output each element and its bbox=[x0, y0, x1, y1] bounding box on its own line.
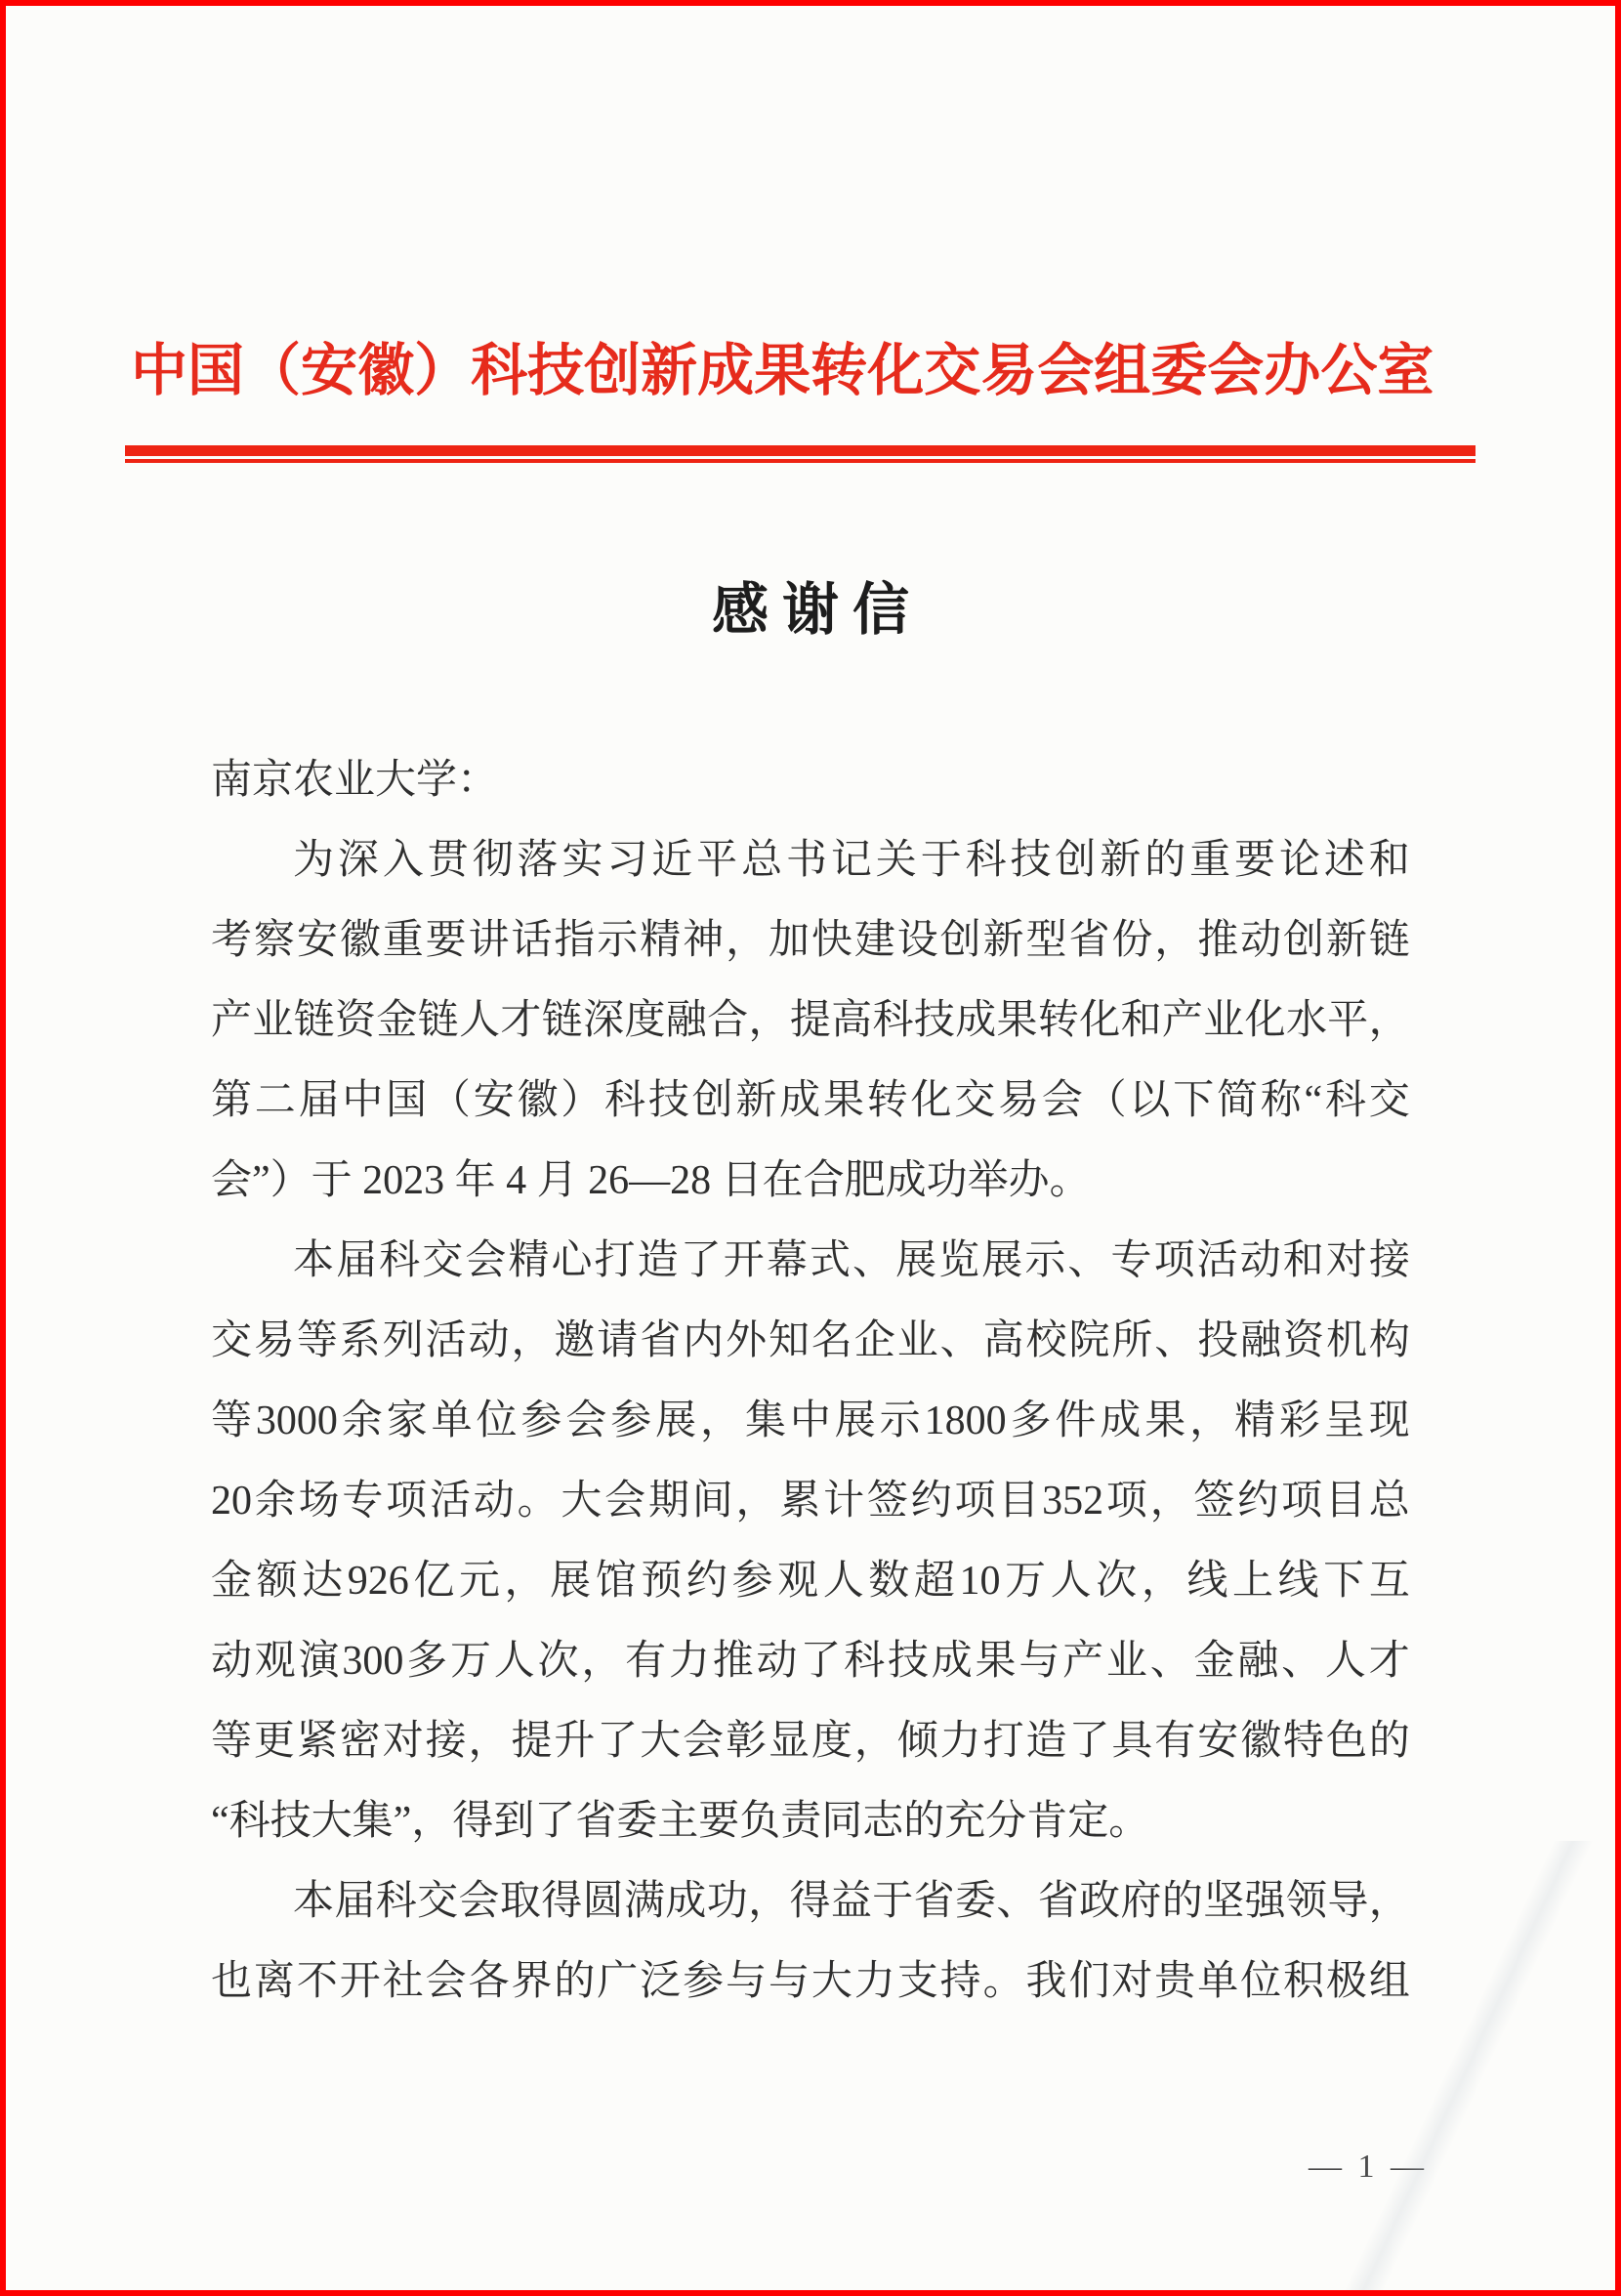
body-line: 等更紧密对接，提升了大会彰显度，倾力打造了具有安徽特色的 bbox=[211, 1701, 1410, 1781]
body-line: 等3000余家单位参会参展，集中展示1800多件成果，精彩呈现 bbox=[211, 1381, 1410, 1461]
body-line: 也离不开社会各界的广泛参与与大力支持。我们对贵单位积极组 bbox=[211, 1941, 1410, 2022]
body-line: 交易等系列活动，邀请省内外知名企业、高校院所、投融资机构 bbox=[211, 1301, 1410, 1381]
body-line: 考察安徽重要讲话指示精神，加快建设创新型省份，推动创新链 bbox=[211, 900, 1410, 981]
letter-body: 南京农业大学： 为深入贯彻落实习近平总书记关于科技创新的重要论述和 考察安徽重要… bbox=[211, 740, 1410, 2022]
letter-title: 感谢信 bbox=[6, 578, 1615, 643]
body-line: 金额达926亿元，展馆预约参观人数超10万人次，线上线下互 bbox=[211, 1541, 1410, 1621]
body-line: 动观演300多万人次，有力推动了科技成果与产业、金融、人才 bbox=[211, 1621, 1410, 1701]
divider-thick-line bbox=[125, 445, 1476, 456]
body-line: 会”）于 2023 年 4 月 26—28 日在合肥成功举办。 bbox=[211, 1141, 1410, 1221]
divider-thin-line bbox=[125, 459, 1476, 463]
body-line: “科技大集”，得到了省委主要负责同志的充分肯定。 bbox=[211, 1781, 1410, 1861]
body-line: 本届科交会精心打造了开幕式、展览展示、专项活动和对接 bbox=[211, 1221, 1410, 1301]
body-line: 第二届中国（安徽）科技创新成果转化交易会（以下简称“科交 bbox=[211, 1061, 1410, 1141]
letterhead-org-title: 中国（安徽）科技创新成果转化交易会组委会办公室 bbox=[131, 334, 1476, 408]
salutation: 南京农业大学： bbox=[211, 740, 1410, 820]
letter-page: 中国（安徽）科技创新成果转化交易会组委会办公室 感谢信 南京农业大学： 为深入贯… bbox=[0, 0, 1621, 2296]
body-line: 产业链资金链人才链深度融合，提高科技成果转化和产业化水平， bbox=[211, 981, 1410, 1061]
body-line: 本届科交会取得圆满成功，得益于省委、省政府的坚强领导， bbox=[211, 1861, 1410, 1941]
page-number: — 1 — bbox=[1222, 2148, 1515, 2187]
body-line: 20余场专项活动。大会期间，累计签约项目352项，签约项目总 bbox=[211, 1461, 1410, 1541]
body-line: 为深入贯彻落实习近平总书记关于科技创新的重要论述和 bbox=[211, 820, 1410, 900]
letterhead-divider bbox=[125, 445, 1476, 463]
